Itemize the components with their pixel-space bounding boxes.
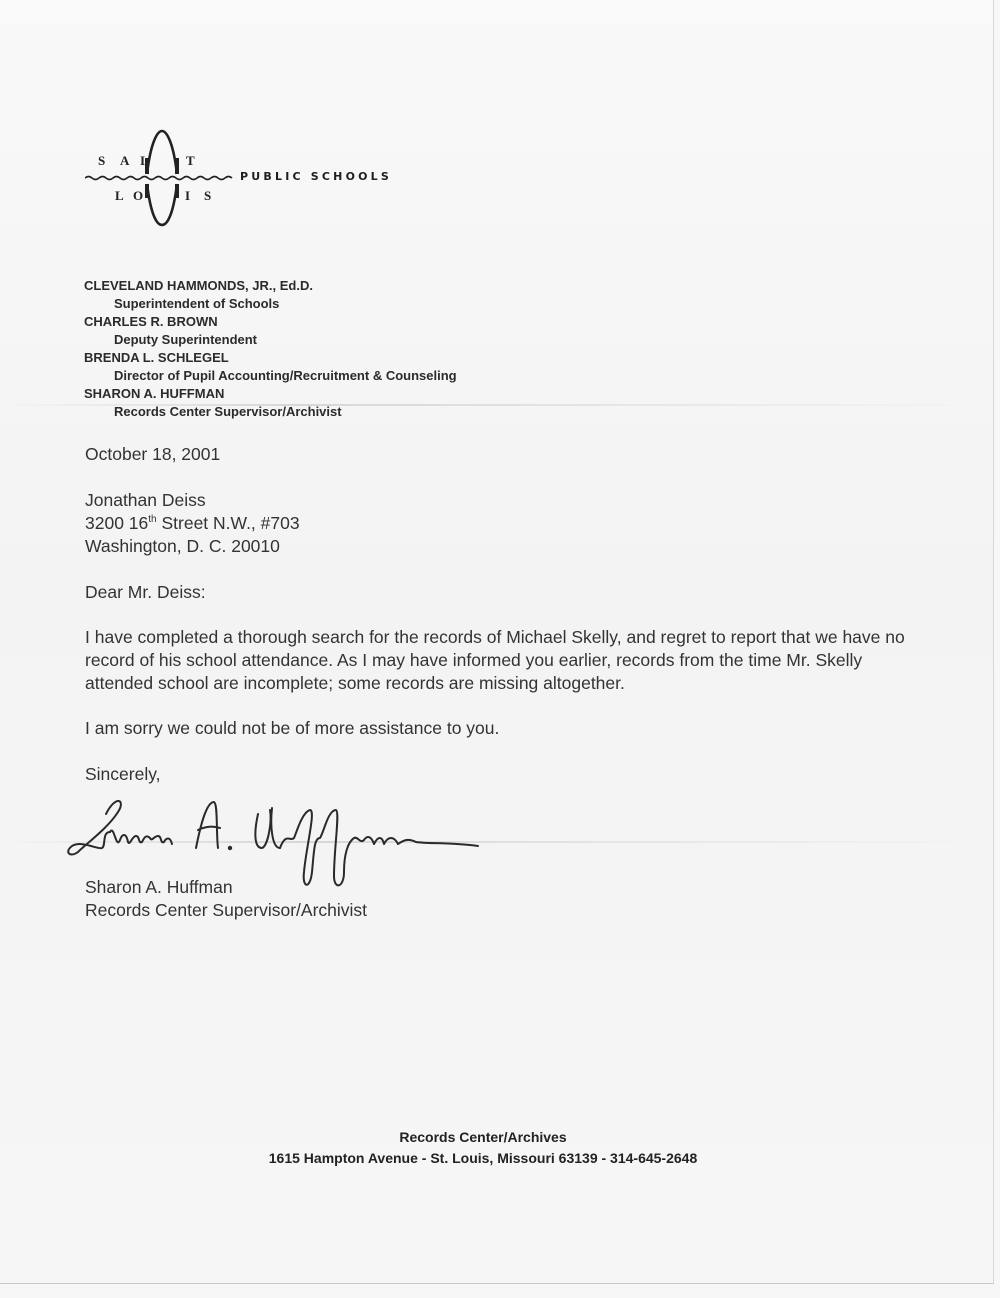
logo-letter: S	[204, 188, 211, 204]
staff-title: Director of Pupil Accounting/Recruitment…	[84, 367, 457, 385]
staff-name: BRENDA L. SCHLEGEL	[84, 349, 457, 367]
recipient-street: 3200 16th Street N.W., #703	[85, 512, 300, 535]
logo-letter: I	[140, 153, 145, 169]
staff-name: CHARLES R. BROWN	[84, 313, 457, 331]
letter-page: S A I T L O I S PUBLIC SCHOOLS CLEVELAND…	[0, 0, 994, 1284]
logo-wordmark: PUBLIC SCHOOLS	[240, 170, 392, 183]
recipient-name: Jonathan Deiss	[85, 489, 300, 512]
salutation: Dear Mr. Deiss:	[85, 581, 206, 604]
school-logo: S A I T L O I S PUBLIC SCHOOLS	[85, 128, 435, 238]
logo-letter: T	[186, 153, 195, 169]
closing: Sincerely,	[85, 763, 161, 786]
logo-letter: S	[98, 153, 105, 169]
signer-title: Records Center Supervisor/Archivist	[85, 899, 367, 922]
street-ordinal-suffix: th	[148, 514, 156, 525]
footer-address: 1615 Hampton Avenue - St. Louis, Missour…	[0, 1148, 966, 1169]
letter-date: October 18, 2001	[85, 443, 220, 466]
letterhead-footer: Records Center/Archives 1615 Hampton Ave…	[0, 1127, 966, 1169]
body-paragraph: I am sorry we could not be of more assis…	[85, 717, 925, 740]
footer-department: Records Center/Archives	[0, 1127, 966, 1148]
body-paragraph: I have completed a thorough search for t…	[85, 626, 925, 695]
recipient-city: Washington, D. C. 20010	[85, 535, 300, 558]
street-number: 3200 16	[85, 513, 148, 533]
logo-letter: L	[115, 188, 124, 204]
logo-letter: A	[120, 153, 129, 169]
saint-louis-arch-wave-icon	[85, 128, 245, 238]
signer-name: Sharon A. Huffman	[85, 876, 233, 899]
staff-name: SHARON A. HUFFMAN	[84, 385, 457, 403]
street-rest: Street N.W., #703	[157, 513, 300, 533]
staff-title: Superintendent of Schools	[84, 295, 457, 313]
recipient-address: Jonathan Deiss 3200 16th Street N.W., #7…	[85, 489, 300, 558]
logo-letter: O	[133, 188, 143, 204]
staff-title: Records Center Supervisor/Archivist	[84, 403, 457, 421]
letterhead-staff-list: CLEVELAND HAMMONDS, JR., Ed.D. Superinte…	[84, 277, 457, 421]
logo-letter: I	[185, 188, 190, 204]
staff-title: Deputy Superintendent	[84, 331, 457, 349]
staff-name: CLEVELAND HAMMONDS, JR., Ed.D.	[84, 277, 457, 295]
